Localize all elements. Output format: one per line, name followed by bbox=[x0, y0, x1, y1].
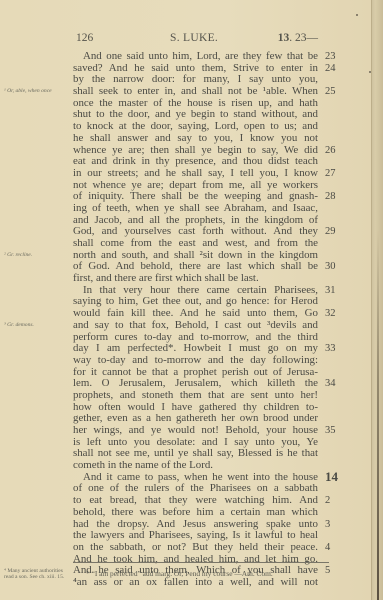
line-text: saved? And he said unto them, Strive to … bbox=[73, 62, 318, 74]
page-number: 126 bbox=[76, 32, 93, 44]
line-text: And one said unto him, Lord, are they fe… bbox=[83, 50, 318, 62]
verse-number: 23 bbox=[325, 51, 336, 63]
verse-number: 33 bbox=[325, 343, 336, 355]
footnote-marker: * bbox=[86, 569, 90, 578]
book-title: S. LUKE. bbox=[170, 32, 218, 44]
line-text: And it came to pass, when he went into t… bbox=[83, 471, 318, 483]
line-text: and say to that fox, Behold, I cast out … bbox=[73, 319, 318, 331]
line-text: of iniquity. There shall be the weeping … bbox=[73, 190, 318, 202]
line-text: by the narrow door: for many, I say unto… bbox=[73, 73, 318, 85]
book-page: 126 S. LUKE. 13. 23— And one said unto h… bbox=[0, 0, 372, 600]
line-text: prophets, and stoneth them that are sent… bbox=[73, 389, 318, 401]
line-text: God, and yourselves cast forth without. … bbox=[73, 225, 318, 237]
line-text: of God. And behold, there are last which… bbox=[73, 260, 318, 272]
margin-note: ³ Gr. demons. bbox=[4, 322, 70, 328]
line-text: and Jacob, and all the prophets, in the … bbox=[73, 214, 318, 226]
line-text: cometh in the name of the Lord. bbox=[73, 459, 213, 471]
line-text: how often would I have gathered thy chil… bbox=[73, 401, 318, 413]
line-text: to knock at the door, saying, Lord, open… bbox=[73, 120, 318, 132]
line-text: lem. O Jerusalem, Jerusalem, which kille… bbox=[73, 377, 318, 389]
line-text: on the sabbath, or not? But they held th… bbox=[73, 541, 318, 553]
running-header: 126 S. LUKE. 13. 23— bbox=[76, 32, 322, 46]
gutter-shadow bbox=[377, 230, 379, 600]
chapter-number: 14 bbox=[325, 471, 338, 483]
line-text: the lawyers and Pharisees, saying, Is it… bbox=[73, 529, 318, 541]
line-text: for it cannot be that a prophet perish o… bbox=[73, 366, 318, 378]
verse-start: . 23— bbox=[289, 32, 318, 44]
footnote: * “I am perfected” add marg. Or, I end m… bbox=[86, 569, 326, 578]
verse-number: 28 bbox=[325, 191, 336, 203]
margin-note: ¹ Or, able, when once bbox=[4, 88, 70, 94]
verse-number: 24 bbox=[325, 63, 336, 75]
line-text: In that very hour there came certain Pha… bbox=[83, 284, 318, 296]
verse-number: 31 bbox=[325, 285, 336, 297]
footnote-text: “I am perfected” add marg. Or, I end my … bbox=[92, 569, 273, 578]
line-text: day I am perfected*. Howbeit I must go o… bbox=[73, 342, 318, 354]
line-text: whence ye are; then shall ye begin to sa… bbox=[73, 144, 318, 156]
verse-number: 25 bbox=[325, 86, 336, 98]
line-text: once the master of the house is risen up… bbox=[73, 97, 318, 109]
line-text: saying to him, Get thee out, and go henc… bbox=[73, 295, 318, 307]
line-text: shall seek to enter in, and shall not be… bbox=[73, 85, 318, 97]
line-text: perform cures to-day and to-morrow, and … bbox=[73, 331, 318, 343]
margin-note: ² Gr. recline. bbox=[4, 252, 70, 258]
line-text: is left unto you desolate: and I say unt… bbox=[73, 436, 318, 448]
line-text: first, and there are first which shall b… bbox=[73, 272, 259, 284]
verse-number: 30 bbox=[325, 261, 336, 273]
line-text: shall not see me, until ye shall say, Bl… bbox=[73, 447, 318, 459]
line-text: shall come from the east and west, and f… bbox=[73, 237, 318, 249]
line-text: way to-day and to-morrow and the day fol… bbox=[73, 354, 318, 366]
line-text: her wings, and ye would not! Behold, you… bbox=[73, 424, 318, 436]
verse-number: 34 bbox=[325, 378, 336, 390]
line-text: would fain kill thee. And he said unto t… bbox=[73, 307, 318, 319]
line-text: of one of the rulers of the Pharisees on… bbox=[73, 482, 318, 494]
verse-number: 27 bbox=[325, 168, 336, 180]
line-text: shut to the door, and ye begin to stand … bbox=[73, 108, 318, 120]
text-line: ⁴an ass or an ox fallen into a well, and… bbox=[73, 577, 318, 589]
margin-note: ⁴ Many ancient authorities read a son. S… bbox=[4, 568, 70, 580]
paper-speck bbox=[356, 14, 358, 16]
verse-number: 32 bbox=[325, 308, 336, 320]
footnote-divider bbox=[73, 562, 329, 563]
chapter-verse-reference: 13. 23— bbox=[278, 32, 318, 44]
line-text: to eat bread, that they were watching hi… bbox=[73, 494, 318, 506]
line-text: he shall answer and say to you, I know y… bbox=[73, 132, 318, 144]
line-text: behold, there was before him a certain m… bbox=[73, 506, 318, 518]
line-text: had the dropsy. And Jesus answering spak… bbox=[73, 518, 318, 530]
verse-number: 3 bbox=[325, 519, 330, 531]
book-gutter bbox=[371, 0, 383, 600]
verse-number: 2 bbox=[325, 495, 330, 507]
chapter-number: 13 bbox=[278, 32, 290, 44]
verse-number: 29 bbox=[325, 226, 336, 238]
line-text: gether, even as a hen gathereth her own … bbox=[73, 412, 318, 424]
line-text: north and south, and shall ²sit down in … bbox=[73, 249, 318, 261]
line-text: not whence ye are; depart from me, all y… bbox=[73, 179, 318, 191]
verse-number: 4 bbox=[325, 542, 330, 554]
line-text: in our streets; and he shall say, I tell… bbox=[73, 167, 318, 179]
scripture-text: And one said unto him, Lord, are they fe… bbox=[73, 51, 318, 589]
line-text: ing of teeth, when ye shall see Abraham,… bbox=[73, 202, 318, 214]
verse-number: 26 bbox=[325, 145, 336, 157]
verse-number: 35 bbox=[325, 425, 336, 437]
line-text: eat and drink in thy presence, and thou … bbox=[73, 155, 318, 167]
